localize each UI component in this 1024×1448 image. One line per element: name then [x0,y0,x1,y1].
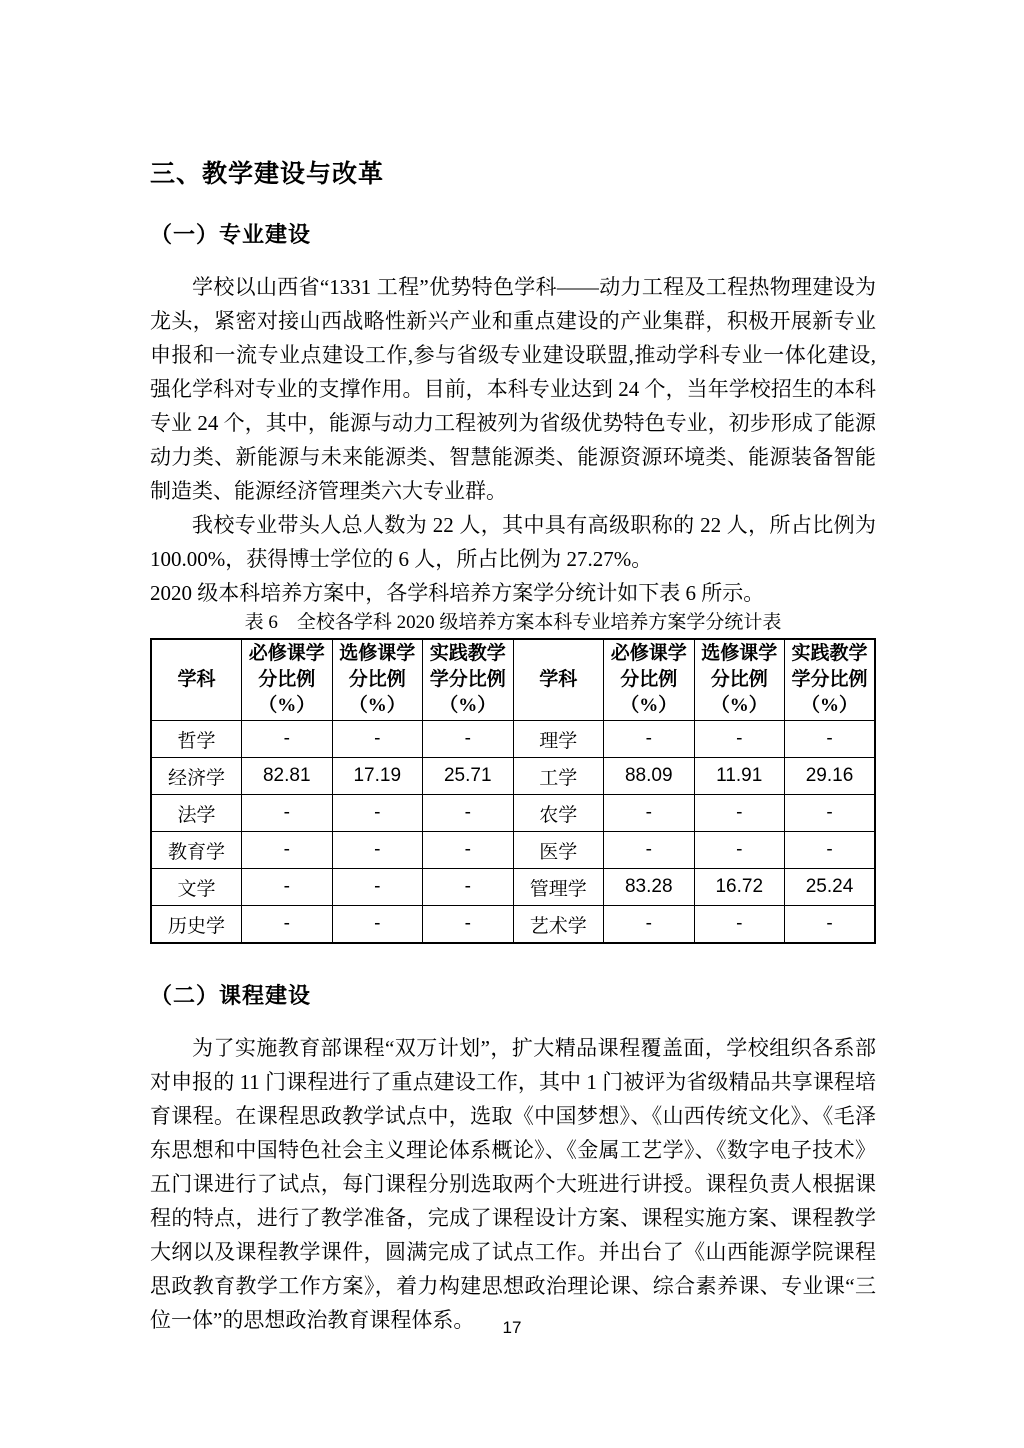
table-cell: 艺术学 [513,906,604,944]
table-cell: - [242,869,333,906]
table-cell: 83.28 [604,869,695,906]
table-cell: - [423,869,514,906]
table-cell: - [242,906,333,944]
paragraph: 学校以山西省“1331 工程”优势特色学科——动力工程及工程热物理建设为龙头，紧… [150,270,876,508]
page-number: 17 [0,1318,1024,1338]
table-cell: 法学 [151,795,242,832]
table-header-cell: 选修课学 分比例 （%） [332,639,423,721]
table-cell: - [694,906,785,944]
table-cell: 29.16 [785,758,876,795]
table-header-cell: 学科 [151,639,242,721]
table-cell: 88.09 [604,758,695,795]
table-cell: 16.72 [694,869,785,906]
table-cell: 82.81 [242,758,333,795]
table-cell: - [604,721,695,758]
table-cell: - [242,795,333,832]
table-cell: - [332,869,423,906]
table-cell: - [785,832,876,869]
table-cell: 17.19 [332,758,423,795]
table-row: 历史学 - - - 艺术学 - - - [151,906,875,944]
section-heading-course-construction: （二）课程建设 [150,980,876,1011]
table-header-cell: 选修课学 分比例 （%） [694,639,785,721]
table-header-cell: 实践教学 学分比例 （%） [423,639,514,721]
table-header-cell: 必修课学 分比例 （%） [242,639,333,721]
table-row: 哲学 - - - 理学 - - - [151,721,875,758]
table-header-cell: 学科 [513,639,604,721]
table-cell: - [604,795,695,832]
table-cell: - [242,721,333,758]
table-cell: - [604,906,695,944]
table-cell: - [332,795,423,832]
table-header-cell: 必修课学 分比例 （%） [604,639,695,721]
table-cell: 农学 [513,795,604,832]
table-cell: 医学 [513,832,604,869]
table-caption: 表 6 全校各学科 2020 级培养方案本科专业培养方案学分统计表 [150,610,876,636]
table-cell: - [332,832,423,869]
table-cell: 25.71 [423,758,514,795]
section-heading-major-construction: （一）专业建设 [150,219,876,250]
credit-statistics-table: 学科 必修课学 分比例 （%） 选修课学 分比例 （%） 实践教学 学分比例 （… [150,638,876,944]
table-row: 经济学 82.81 17.19 25.71 工学 88.09 11.91 29.… [151,758,875,795]
table-cell: 管理学 [513,869,604,906]
table-cell: - [694,832,785,869]
table-cell: - [423,721,514,758]
table-cell: - [423,795,514,832]
table-cell: 经济学 [151,758,242,795]
table-cell: 历史学 [151,906,242,944]
document-page: 三、教学建设与改革 （一）专业建设 学校以山西省“1331 工程”优势特色学科—… [0,0,1024,1448]
table-cell: - [332,721,423,758]
table-cell: - [604,832,695,869]
table-row: 文学 - - - 管理学 83.28 16.72 25.24 [151,869,875,906]
paragraph: 我校专业带头人总人数为 22 人，其中具有高级职称的 22 人，所占比例为 10… [150,508,876,576]
table-cell: - [423,906,514,944]
table-row: 教育学 - - - 医学 - - - [151,832,875,869]
table-body: 哲学 - - - 理学 - - - 经济学 82.81 17.19 25.71 … [151,721,875,944]
table-cell: - [242,832,333,869]
table-cell: 工学 [513,758,604,795]
table-cell: 文学 [151,869,242,906]
table-cell: - [785,795,876,832]
table-cell: - [694,721,785,758]
table-cell: - [694,795,785,832]
table-cell: 25.24 [785,869,876,906]
table-cell: 教育学 [151,832,242,869]
table-cell: - [423,832,514,869]
table-header-cell: 实践教学 学分比例 （%） [785,639,876,721]
paragraph: 2020 级本科培养方案中，各学科培养方案学分统计如下表 6 所示。 [150,576,876,610]
table-cell: - [332,906,423,944]
page-content: 三、教学建设与改革 （一）专业建设 学校以山西省“1331 工程”优势特色学科—… [150,0,876,1337]
paragraph: 为了实施教育部课程“双万计划”，扩大精品课程覆盖面，学校组织各系部对申报的 11… [150,1031,876,1337]
table-header-row: 学科 必修课学 分比例 （%） 选修课学 分比例 （%） 实践教学 学分比例 （… [151,639,875,721]
table-cell: 理学 [513,721,604,758]
table-header: 学科 必修课学 分比例 （%） 选修课学 分比例 （%） 实践教学 学分比例 （… [151,639,875,721]
table-cell: - [785,906,876,944]
table-cell: 哲学 [151,721,242,758]
table-cell: 11.91 [694,758,785,795]
table-row: 法学 - - - 农学 - - - [151,795,875,832]
chapter-heading: 三、教学建设与改革 [150,158,876,191]
table-cell: - [785,721,876,758]
